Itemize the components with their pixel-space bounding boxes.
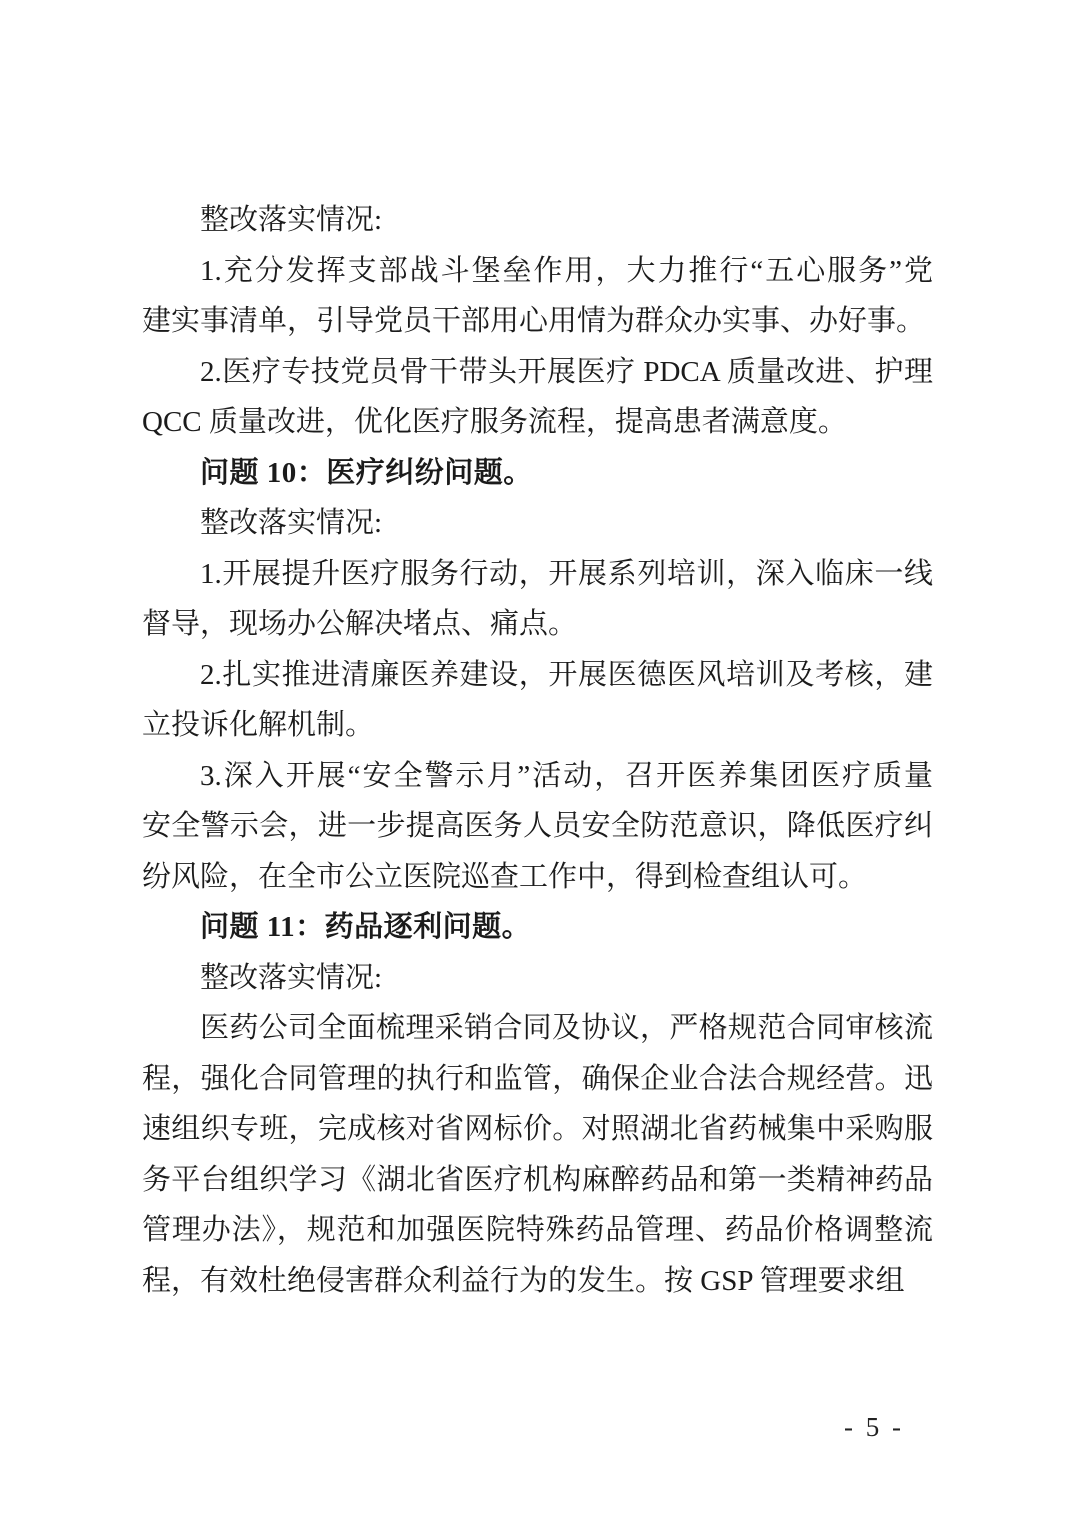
- body-line: 整改落实情况:: [142, 498, 933, 549]
- body-line: 医药公司全面梳理采销合同及协议，严格规范合同审核流: [142, 1003, 933, 1054]
- body-line: 立投诉化解机制。: [142, 700, 933, 751]
- body-line: 2.医疗专技党员骨干带头开展医疗 PDCA 质量改进、护理: [142, 347, 933, 398]
- body-line: 纷风险，在全市公立医院巡查工作中，得到检查组认可。: [142, 852, 933, 903]
- body-line: 3.深入开展“安全警示月”活动，召开医养集团医疗质量: [142, 751, 933, 802]
- document-body: 整改落实情况:1.充分发挥支部战斗堡垒作用，大力推行“五心服务”党建实事清单，引…: [142, 195, 933, 1306]
- body-line: 督导，现场办公解决堵点、痛点。: [142, 599, 933, 650]
- body-line: 1.充分发挥支部战斗堡垒作用，大力推行“五心服务”党: [142, 246, 933, 297]
- heading-line: 问题 10：医疗纠纷问题。: [142, 448, 933, 499]
- body-line: 整改落实情况:: [142, 953, 933, 1004]
- body-line: 程，强化合同管理的执行和监管，确保企业合法合规经营。迅: [142, 1054, 933, 1105]
- body-line: 务平台组织学习《湖北省医疗机构麻醉药品和第一类精神药品: [142, 1155, 933, 1206]
- body-line: QCC 质量改进，优化医疗服务流程，提高患者满意度。: [142, 397, 933, 448]
- body-line: 程，有效杜绝侵害群众利益行为的发生。按 GSP 管理要求组织: [142, 1256, 933, 1307]
- body-line: 整改落实情况:: [142, 195, 933, 246]
- heading-line: 问题 11：药品逐利问题。: [142, 902, 933, 953]
- page-number: - 5 -: [844, 1412, 904, 1442]
- body-line: 安全警示会，进一步提高医务人员安全防范意识，降低医疗纠: [142, 801, 933, 852]
- body-line: 速组织专班，完成核对省网标价。对照湖北省药械集中采购服: [142, 1104, 933, 1155]
- body-line: 2.扎实推进清廉医养建设，开展医德医风培训及考核，建: [142, 650, 933, 701]
- document-page: 整改落实情况:1.充分发挥支部战斗堡垒作用，大力推行“五心服务”党建实事清单，引…: [0, 0, 1074, 1520]
- body-line: 管理办法》，规范和加强医院特殊药品管理、药品价格调整流: [142, 1205, 933, 1256]
- body-line: 建实事清单，引导党员干部用心用情为群众办实事、办好事。: [142, 296, 933, 347]
- body-line: 1.开展提升医疗服务行动，开展系列培训，深入临床一线: [142, 549, 933, 600]
